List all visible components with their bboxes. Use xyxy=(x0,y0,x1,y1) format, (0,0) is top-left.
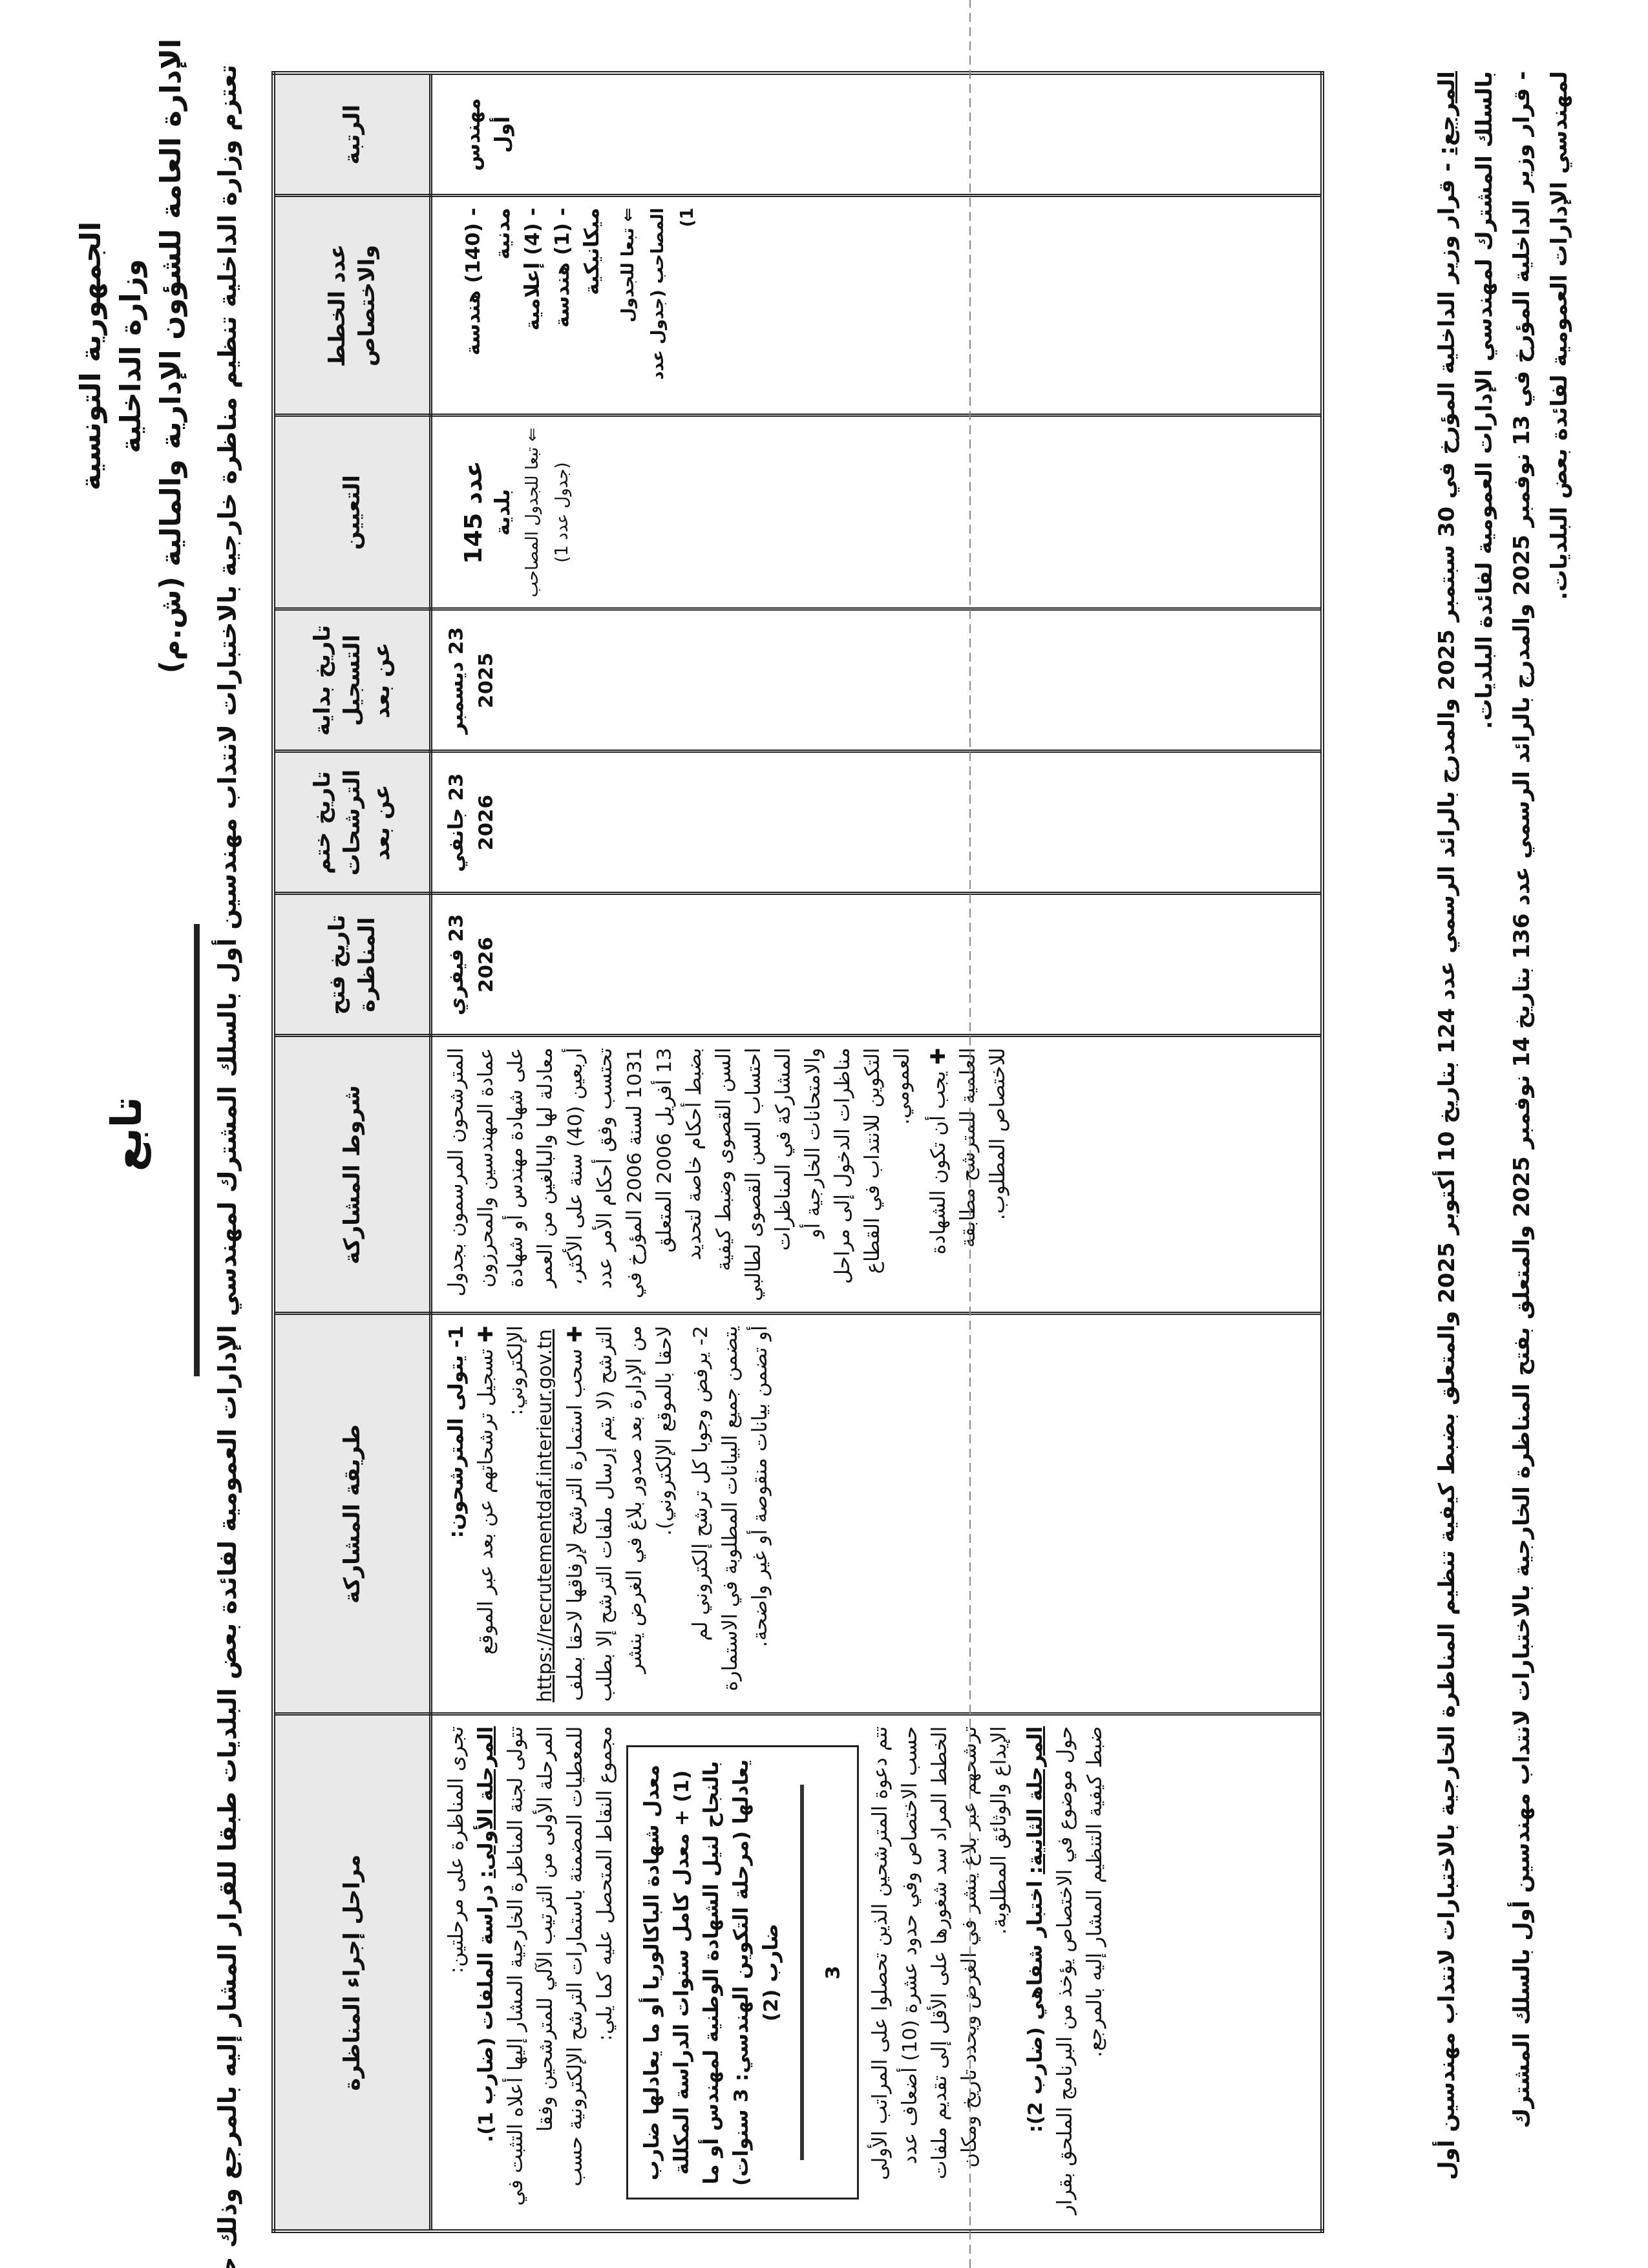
score-formula-box: معدل شهادة الباكالوريا أو ما يعادلها ضار… xyxy=(626,1746,859,2200)
method-download-form: ✚ سحب استمارة الترشح لإرفاقها لاحقا بملف… xyxy=(560,1326,679,1703)
method-register: ✚ تسجيل ترشحاتهم عن بعد عبر الموقع الإلك… xyxy=(471,1326,531,1703)
phase1-title: المرحلة الأولى: xyxy=(474,1727,498,1878)
appointment-note: ⇐ تبعا للجدول المصاحب (جدول عدد 1) xyxy=(518,428,577,598)
header-reg-start: تاريخ بداية التسجيل عن بعد xyxy=(273,609,431,751)
cell-rank: مهندس أول xyxy=(431,73,1323,196)
cell-reg-end: 23 جانفي 2026 xyxy=(431,751,1323,894)
header-rank: الرتبة xyxy=(273,73,431,196)
header-phases: مراحل إجراء المناظرة xyxy=(273,1714,431,2231)
fraction-bar xyxy=(800,1785,804,2161)
recruitment-site-link[interactable]: https://recrutementdaf.interieur.gov.tn xyxy=(531,1326,560,1703)
header-method: طريقة المشاركة xyxy=(273,1314,431,1714)
plan-civil: - (140) هندسة مدنية xyxy=(458,208,518,404)
intro-paragraph: تعتزم وزارة الداخلية تنظيم مناظرة خارجية… xyxy=(213,65,242,2197)
plan-mechanical: - (1) هندسة ميكانيكية xyxy=(547,208,607,404)
appointment-place: بلدية xyxy=(488,428,518,598)
condition-diploma: ✚ يجب أن تكون الشهادة العلمية للمترشح مط… xyxy=(924,1048,1013,1302)
cell-reg-start: 23 ديسمبر 2025 xyxy=(431,609,1323,751)
reference-decree-2: - قرار وزير الداخلية المؤرخ في 13 نوفمبر… xyxy=(1503,71,1578,2229)
references: المرجع: - قرار وزير الداخلية المؤرخ في 3… xyxy=(1428,71,1578,2229)
cell-method: 1- يتولى المترشحون: ✚ تسجيل ترشحاتهم عن … xyxy=(431,1314,1323,1714)
cell-conditions: المترشحون المرسمون بجدول عمادة المهندسين… xyxy=(431,1036,1323,1314)
formula-denominator: 3 xyxy=(818,1759,848,2187)
header-reg-end: تاريخ ختم الترشحات عن بعد xyxy=(273,751,431,894)
method-step2: 2- يرفض وجوبا كل ترشح إلكتروني لم يتضمن … xyxy=(686,1326,775,1703)
phase2-body: حول موضوع في الاختصاص يؤخذ من البرنامج ا… xyxy=(1050,1727,1110,2220)
table-row: مهندس أول - (140) هندسة مدنية - (4) إعلا… xyxy=(431,73,1323,2231)
reference-decree-1: - قرار وزير الداخلية المؤرخ في 30 سبتمبر… xyxy=(1434,71,1497,2180)
cell-appointment: عدد 145 بلدية ⇐ تبعا للجدول المصاحب (جدو… xyxy=(431,415,1323,609)
cell-plans: - (140) هندسة مدنية - (4) إعلامية - (1) … xyxy=(431,196,1323,415)
formula-coefficient: ضارب (2) xyxy=(756,1759,786,2187)
appointment-count: عدد 145 xyxy=(458,428,488,598)
formula-numerator: معدل شهادة الباكالوريا أو ما يعادلها ضار… xyxy=(637,1759,756,2187)
phase2-label: اختبار شفاهي (ضارب 2): xyxy=(1024,1880,1047,2132)
continuation-heading: تابع xyxy=(103,0,151,2268)
cell-phases: تجرى المناظرة على مرحلتين: المرحلة الأول… xyxy=(431,1714,1323,2231)
references-label: المرجع: xyxy=(1434,71,1460,155)
header-appointment: التعيين xyxy=(273,415,431,609)
phases-intro: تجرى المناظرة على مرحلتين: xyxy=(441,1727,471,2220)
header-plans: عدد الخطط والاختصاص xyxy=(273,196,431,415)
phase1-label: دراسة الملفات (ضارب 1). xyxy=(474,1885,498,2143)
letterhead-directorate: الإدارة العامة للشؤون الإدارية والمالية … xyxy=(151,39,191,673)
competition-table: الرتبة عدد الخطط والاختصاص التعيين تاريخ… xyxy=(271,71,1324,2233)
header-opening: تاريخ فتح المناظرة xyxy=(273,894,431,1036)
cell-opening: 23 فيفري 2026 xyxy=(431,894,1323,1036)
condition-age: المترشحون المرسمون بجدول عمادة المهندسين… xyxy=(441,1048,917,1302)
plans-note: ⇐ تبعا للجدول المصاحب (جدول عدد 1) xyxy=(613,208,703,404)
document-page: الجمهورية التونسية وزارة الداخلية الإدار… xyxy=(0,0,1648,2268)
phase2-title: المرحلة الثانية: xyxy=(1024,1727,1047,1874)
plan-it: - (4) إعلامية xyxy=(518,208,547,404)
phase1-after: تتم دعوة المترشحين الذين تحصلوا على المر… xyxy=(865,1727,1014,2220)
header-conditions: شروط المشاركة xyxy=(273,1036,431,1314)
table-header-row: الرتبة عدد الخطط والاختصاص التعيين تاريخ… xyxy=(273,73,431,2231)
method-step1: 1- يتولى المترشحون: xyxy=(441,1326,471,1703)
scan-fold-line xyxy=(969,0,971,2268)
phase1-body: تتولى لجنة المناظرة الخارجية المشار إليه… xyxy=(501,1727,620,2220)
heading-underline xyxy=(194,924,200,1376)
